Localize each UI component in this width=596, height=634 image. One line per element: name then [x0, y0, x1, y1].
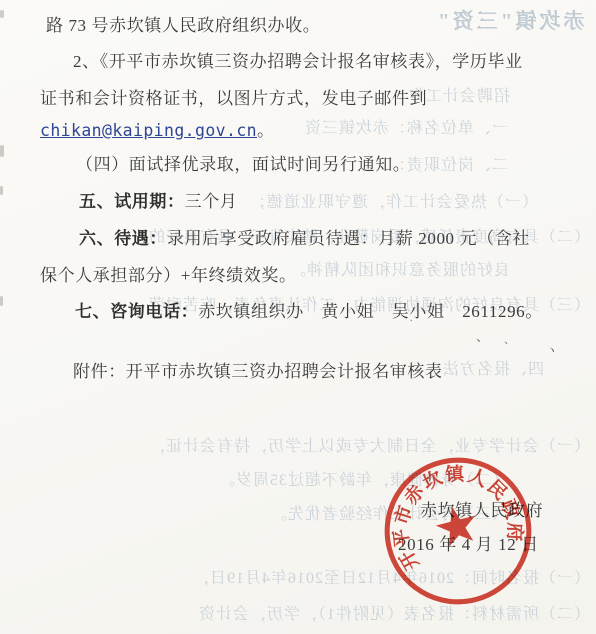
bleedthrough-line: （一）热爱会计工作，遵守职业道德；: [249, 189, 538, 212]
bleedthrough-line: 良好的服务意识和团队精神。: [289, 257, 510, 280]
salary-text: 录用后享受政府雇员待遇：月薪 2000 元（含社: [167, 229, 530, 248]
scan-edge-mark: [0, 296, 3, 306]
body-line-salary: 六、待遇：录用后享受政府雇员待遇：月薪 2000 元（含社: [79, 228, 530, 250]
body-line-item4: （四）面试择优录取，面试时间另行通知。: [76, 154, 410, 176]
body-line-item2-cont: 证书和会计资格证书，以图片方式，发电子邮件到: [40, 88, 427, 110]
scanned-document-page: 赤坎镇"三资" 招聘会计工作 一、单位名称：赤坎镇三资 二、岗位职责： （一）热…: [0, 0, 596, 634]
body-line-salary-cont: 保个人承担部分）+年终绩效奖。: [40, 265, 297, 287]
ink-speck: 、: [476, 330, 489, 343]
body-line-item2: 2、《开平市赤坎镇三资办招聘会计报名审核表》，学历毕业: [73, 51, 523, 73]
bleedthrough-title: 赤坎镇"三资": [435, 5, 584, 35]
bleedthrough-line: 一、单位名称：赤坎镇三资: [304, 115, 508, 138]
ink-speck: .: [410, 312, 413, 325]
contact-text: 赤坎镇组织办 黄小姐 吴小姐 2611296。: [198, 302, 543, 321]
attachment-line: 附件：开平市赤坎镇三资办招聘会计报名审核表: [73, 361, 443, 383]
bleedthrough-line: 四、报名方法：: [425, 356, 544, 379]
salary-label: 六、待遇：: [79, 229, 167, 248]
ink-speck: ヽ: [546, 344, 558, 357]
body-line-contact: 七、咨询电话：赤坎镇组织办 黄小姐 吴小姐 2611296。: [75, 301, 543, 323]
body-line-email: chikan@kaiping.gov.cn。: [40, 120, 275, 142]
star-icon: [432, 502, 481, 549]
email-period: 。: [257, 121, 275, 140]
body-line-address: 路 73 号赤坎镇人民政府组织办收。: [46, 15, 320, 37]
probation-text: 三个月: [185, 192, 238, 211]
body-line-probation: 五、试用期：三个月: [79, 191, 237, 213]
ink-speck: 、: [504, 334, 515, 347]
contact-label: 七、咨询电话：: [75, 302, 198, 321]
scan-edge-mark: [0, 186, 3, 195]
scan-edge-mark: [0, 10, 4, 18]
email-link: chikan@kaiping.gov.cn: [40, 121, 257, 140]
scan-edge-mark: [0, 145, 4, 157]
probation-label: 五、试用期：: [79, 192, 185, 211]
